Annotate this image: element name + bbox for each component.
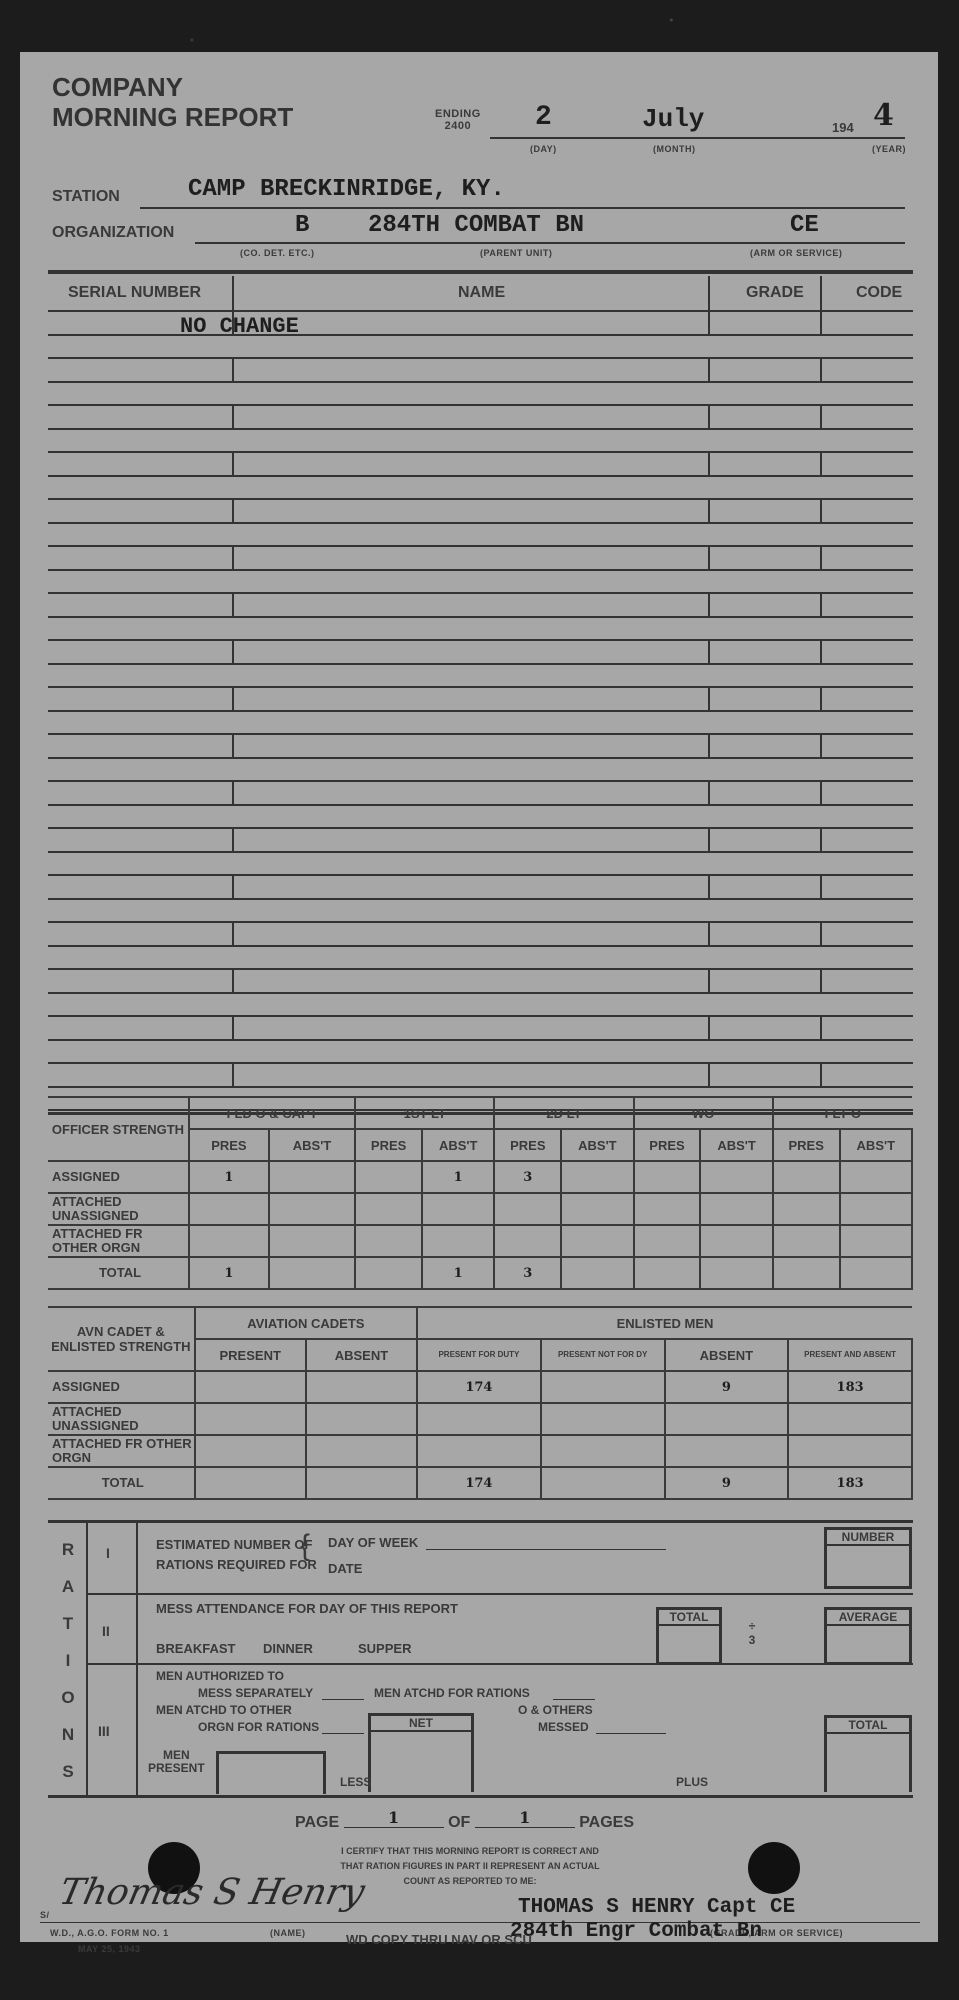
day-of-week-label: DAY OF WEEK [328,1535,418,1550]
officer-subheader: PRES [494,1129,561,1161]
roster-row-line [48,428,913,430]
officer-cell[interactable] [700,1225,772,1257]
page-count: PAGE 1 OF 1 PAGES [295,1812,634,1832]
rations-letter: I [58,1642,78,1679]
year-label: (YEAR) [872,144,906,154]
roster-row-line [48,592,913,594]
officer-row: TOTAL113 [48,1257,912,1289]
roster-row-line [48,1039,913,1041]
page-number: 1 [344,1808,444,1828]
roster-column-divider [232,451,234,475]
officer-cell[interactable]: 1 [189,1161,269,1193]
roster-column-divider [708,545,710,569]
officer-subheader: ABS'T [422,1129,494,1161]
roster-column-divider [708,1015,710,1039]
roster-column-divider [708,1062,710,1086]
roster-column-divider [708,592,710,616]
officer-row-label: ATTACHED FR OTHER ORGN [48,1225,189,1257]
mess-total-box[interactable]: TOTAL [656,1607,722,1665]
officer-cell[interactable] [355,1257,422,1289]
day-label: (DAY) [530,144,557,154]
less-label: LESS [340,1775,371,1789]
roster-row-line [48,451,913,453]
enlisted-cell[interactable] [788,1435,912,1467]
roster-column-divider [232,404,234,428]
officer-cell[interactable] [561,1225,633,1257]
officer-row: ATTACHED FR OTHER ORGN [48,1225,912,1257]
enlisted-row: ASSIGNED1749183 [48,1371,912,1403]
roster-column-divider [820,451,822,475]
roster-header-divider [708,276,710,310]
roster-column-divider [708,733,710,757]
roster-row-line [48,710,913,712]
officer-subheader: PRES [189,1129,269,1161]
section-i-line-2: RATIONS REQUIRED FOR [156,1555,317,1575]
roster-column-divider [708,310,710,334]
breakfast-label: BREAKFAST [156,1641,235,1656]
group-1st-lt: 1ST LT [355,1097,494,1129]
officer-subheader: ABS'T [269,1129,355,1161]
rations-side-label: RATIONS [58,1531,78,1790]
roster-row-line [48,334,913,336]
organization-line [195,242,905,244]
atchd-other-line-1: MEN ATCHD TO OTHER [156,1703,292,1717]
enlisted-cell[interactable] [306,1371,417,1403]
officer-subheader: ABS'T [840,1129,912,1161]
page-label: PAGE [295,1814,339,1831]
group-wo: WO [634,1097,773,1129]
officer-cell[interactable] [269,1193,355,1225]
enlisted-strength-title-text: AVN CADET & ENLISTED STRENGTH [51,1324,190,1354]
mess-attendance-title: MESS ATTENDANCE FOR DAY OF THIS REPORT [156,1601,458,1616]
roster-row-line [48,498,913,500]
punch-hole-right [748,1842,800,1894]
roster-column-divider [232,545,234,569]
date-label: DATE [328,1561,362,1576]
signature-prefix: S/ [40,1910,50,1920]
officer-cell[interactable] [561,1161,633,1193]
roster-row-line [48,522,913,524]
company-value: B [295,212,309,239]
copy-note: WD COPY THRU NAV OR SCU [346,1932,532,1947]
enlisted-row: ATTACHED FR OTHER ORGN [48,1435,912,1467]
group-aviation-cadets: AVIATION CADETS [195,1307,417,1339]
net-label: NET [371,1716,471,1732]
enlisted-cell[interactable]: 183 [788,1371,912,1403]
roster-row-line [48,827,913,829]
officer-cell[interactable]: 1 [189,1257,269,1289]
enlisted-row-label: ASSIGNED [48,1371,195,1403]
average-box[interactable]: AVERAGE [824,1607,912,1665]
signature-line [40,1922,920,1923]
roster-row-line [48,310,913,312]
enlisted-cell[interactable] [417,1435,541,1467]
enlisted-cell[interactable] [306,1403,417,1435]
officer-cell[interactable]: 3 [494,1257,561,1289]
rations-section: RATIONS I ESTIMATED NUMBER OF RATIONS RE… [48,1520,913,1798]
year-prefix: 194 [832,120,854,135]
ration-total-box[interactable]: TOTAL [824,1715,912,1792]
enlisted-cell[interactable]: 174 [417,1371,541,1403]
officer-strength-title-text: OFFICER STRENGTH [52,1122,184,1137]
officer-unit: 284th Engr Combat Bn [510,1920,762,1943]
roster-header-divider [820,276,822,310]
roster-column-divider [820,733,822,757]
officer-cell[interactable] [422,1225,494,1257]
roster-top-rule [48,270,913,274]
roster-header-divider [232,276,234,310]
roster-column-divider [820,498,822,522]
officer-subheader: ABS'T [561,1129,633,1161]
enlisted-cell[interactable] [541,1467,665,1499]
officer-cell[interactable]: 1 [422,1161,494,1193]
roster-column-divider [232,592,234,616]
officer-row-label: ATTACHED UNASSIGNED [48,1193,189,1225]
roster-row-line [48,381,913,383]
roster-column-divider [820,545,822,569]
officer-cell[interactable] [422,1193,494,1225]
officer-cell[interactable] [189,1225,269,1257]
enlisted-cell[interactable] [195,1371,306,1403]
enlisted-row-label: ATTACHED UNASSIGNED [48,1403,195,1435]
arm-service-value: CE [790,212,819,239]
roster-row-line [48,404,913,406]
officer-cell[interactable] [355,1193,422,1225]
officer-cell[interactable] [561,1257,633,1289]
officer-cell[interactable] [700,1193,772,1225]
roster-column-divider [708,639,710,663]
enlisted-cell[interactable] [417,1403,541,1435]
roster-column-divider [232,1015,234,1039]
roster-column-divider [708,686,710,710]
officer-cell[interactable] [840,1193,912,1225]
roster-column-divider [708,921,710,945]
section-i-text: ESTIMATED NUMBER OF RATIONS REQUIRED FOR [156,1535,317,1575]
morning-report-form: COMPANY MORNING REPORT ENDING 2400 2 (DA… [20,52,938,1942]
rations-letter: S [58,1753,78,1790]
group-2d-lt: 2D LT [494,1097,633,1129]
officer-subheader: PRES [773,1129,840,1161]
roster-column-divider [820,592,822,616]
roster-column-divider [232,968,234,992]
roster-column-divider [820,874,822,898]
group-fld-o-capt: FLD O & CAPT [189,1097,355,1129]
officer-name: THOMAS S HENRY Capt CE [518,1896,795,1919]
auth-line-2: MESS SEPARATELY [198,1686,313,1700]
section-i-numeral: I [106,1545,110,1561]
pages-label: PAGES [579,1814,634,1831]
officer-cell[interactable] [840,1161,912,1193]
form-date: MAY 25, 1943 [78,1944,141,1954]
officer-cell[interactable] [561,1193,633,1225]
header-code: CODE [856,284,902,302]
enlisted-cell[interactable]: 174 [417,1467,541,1499]
day-value: 2 [535,102,552,133]
parent-unit-label: (PARENT UNIT) [480,248,552,258]
enlisted-cell[interactable] [541,1435,665,1467]
others-line-1: O & OTHERS [518,1703,593,1717]
enlisted-cell[interactable] [195,1403,306,1435]
roster-row-line [48,1086,913,1088]
officer-cell[interactable] [700,1257,772,1289]
parent-unit-value: 284TH COMBAT BN [368,212,584,239]
average-label: AVERAGE [827,1610,909,1626]
roster-row-line [48,686,913,688]
enlisted-subheader: PRESENT AND ABSENT [788,1339,912,1371]
station-label: STATION [52,188,120,206]
enlisted-cell[interactable]: 183 [788,1467,912,1499]
rations-letter: T [58,1605,78,1642]
ration-total-label: TOTAL [827,1718,909,1734]
company-label: (CO. DET. ETC.) [240,248,315,258]
roster-column-divider [232,639,234,663]
roster-row-line [48,1015,913,1017]
roster-row-line [48,616,913,618]
roster-column-divider [232,357,234,381]
roster-column-divider [820,1015,822,1039]
enlisted-row-label: ATTACHED FR OTHER ORGN [48,1435,195,1467]
officer-cell[interactable] [269,1161,355,1193]
mess-total-label: TOTAL [659,1610,719,1626]
roster-column-divider [820,639,822,663]
roster-column-divider [820,827,822,851]
roster-column-divider [708,498,710,522]
atchd-other-line-2: ORGN FOR RATIONS [198,1720,319,1734]
enlisted-cell[interactable]: 9 [665,1467,789,1499]
roster-column-divider [820,357,822,381]
roster-row-line [48,733,913,735]
others-line-2: MESSED [538,1720,589,1734]
ending-label: ENDING 2400 [435,108,481,132]
header-serial-number: SERIAL NUMBER [68,284,201,302]
certify-line-1: I CERTIFY THAT THIS MORNING REPORT IS CO… [250,1844,690,1859]
enlisted-strength-title: AVN CADET & ENLISTED STRENGTH [48,1307,195,1371]
officer-cell[interactable]: 3 [494,1161,561,1193]
officer-subheader: PRES [634,1129,701,1161]
roster-row-line [48,945,913,947]
station-line [140,207,905,209]
year-value: 4 [873,98,894,133]
month-label: (MONTH) [653,144,696,154]
roster-column-divider [708,827,710,851]
arm-service-label: (ARM OR SERVICE) [750,248,842,258]
men-present-label: MEN PRESENT [148,1749,205,1775]
plus-label: PLUS [676,1775,708,1789]
roster-column-divider [232,310,234,334]
roster-row-line [48,1062,913,1064]
roster-column-divider [820,921,822,945]
roster-row-line [48,757,913,759]
roster-column-divider [232,733,234,757]
roster-row-line [48,663,913,665]
roster-column-divider [232,921,234,945]
roster-column-divider [708,404,710,428]
enlisted-row: TOTAL1749183 [48,1467,912,1499]
officer-cell[interactable] [840,1225,912,1257]
officer-cell[interactable] [634,1193,701,1225]
roster-row-line [48,874,913,876]
divide-by-three: ÷ 3 [745,1619,759,1647]
officer-row-label: TOTAL [48,1257,189,1289]
enlisted-cell[interactable] [665,1435,789,1467]
roster-row-line [48,921,913,923]
officer-row: ATTACHED UNASSIGNED [48,1193,912,1225]
group-enlisted-men: ENLISTED MEN [417,1307,912,1339]
group-flt-o: FLT O [773,1097,912,1129]
roster-column-divider [708,874,710,898]
roster-column-divider [708,780,710,804]
roster-column-divider [820,310,822,334]
officer-subheader: PRES [355,1129,422,1161]
atchd-for-rations-label: MEN ATCHD FOR RATIONS [374,1686,530,1700]
rations-letter: A [58,1568,78,1605]
roster-row-line [48,357,913,359]
officer-cell[interactable] [773,1257,840,1289]
organization-label: ORGANIZATION [52,224,174,242]
enlisted-row: ATTACHED UNASSIGNED [48,1403,912,1435]
header-name: NAME [458,284,505,302]
section-i-line-1: ESTIMATED NUMBER OF [156,1535,317,1555]
dinner-label: DINNER [263,1641,313,1656]
rations-letter: N [58,1716,78,1753]
net-box[interactable]: NET [368,1713,474,1792]
roster-row-line [48,780,913,782]
officer-cell[interactable] [355,1161,422,1193]
section-ii-numeral: II [102,1623,110,1639]
roster-column-divider [232,1062,234,1086]
roster-column-divider [820,686,822,710]
enlisted-row-label: TOTAL [48,1467,195,1499]
rations-letter: O [58,1679,78,1716]
enlisted-cell[interactable] [306,1467,417,1499]
auth-line-1: MEN AUTHORIZED TO [156,1669,284,1683]
roster-column-divider [820,780,822,804]
station-value: CAMP BRECKINRIDGE, KY. [188,176,505,203]
roster-column-divider [232,686,234,710]
officer-row-label: ASSIGNED [48,1161,189,1193]
enlisted-cell[interactable] [195,1467,306,1499]
section-iii-numeral: III [98,1723,110,1739]
officer-cell[interactable] [269,1257,355,1289]
roster-row-line [48,992,913,994]
enlisted-subheader: PRESENT FOR DUTY [417,1339,541,1371]
enlisted-strength-table: AVN CADET & ENLISTED STRENGTH AVIATION C… [48,1306,913,1500]
officer-cell[interactable] [355,1225,422,1257]
officer-cell[interactable] [189,1193,269,1225]
enlisted-cell[interactable]: 9 [665,1371,789,1403]
title-line-1: COMPANY [52,72,293,102]
date-line [490,137,905,139]
number-box[interactable]: NUMBER [824,1527,912,1589]
signature: Thomas S Henry [56,1872,369,1913]
roster-row-line [48,851,913,853]
enlisted-cell[interactable] [306,1435,417,1467]
roster-row-line [48,475,913,477]
roster-column-divider [232,780,234,804]
total-pages: 1 [475,1808,575,1828]
officer-cell[interactable] [773,1161,840,1193]
form-title: COMPANY MORNING REPORT [52,72,293,132]
form-number: W.D., A.G.O. FORM NO. 1 [50,1928,169,1938]
officer-cell[interactable] [840,1257,912,1289]
enlisted-subheader: ABSENT [306,1339,417,1371]
officer-cell[interactable] [773,1193,840,1225]
supper-label: SUPPER [358,1641,411,1656]
enlisted-cell[interactable] [195,1435,306,1467]
title-line-2: MORNING REPORT [52,102,293,132]
roster-column-divider [708,451,710,475]
officer-cell[interactable] [700,1161,772,1193]
officer-subheader: ABS'T [700,1129,772,1161]
rations-letter: R [58,1531,78,1568]
officer-strength-table: OFFICER STRENGTH FLD O & CAPT 1ST LT 2D … [48,1096,913,1290]
roster-row-line [48,968,913,970]
officer-cell[interactable] [634,1225,701,1257]
officer-cell[interactable] [634,1161,701,1193]
officer-cell[interactable] [494,1225,561,1257]
enlisted-cell[interactable] [665,1403,789,1435]
officer-row: ASSIGNED113 [48,1161,912,1193]
men-present-box[interactable] [216,1751,326,1794]
roster-row-line [48,569,913,571]
officer-strength-title: OFFICER STRENGTH [48,1097,189,1161]
enlisted-subheader: PRESENT [195,1339,306,1371]
header-grade: GRADE [746,284,804,302]
roster-row-line [48,898,913,900]
month-value: July [642,104,704,134]
roster-column-divider [232,498,234,522]
enlisted-cell[interactable] [541,1403,665,1435]
roster-header: SERIAL NUMBER NAME GRADE CODE [48,276,913,312]
roster-row-line [48,545,913,547]
enlisted-cell[interactable] [788,1403,912,1435]
officer-cell[interactable] [773,1225,840,1257]
officer-cell[interactable] [634,1257,701,1289]
roster-column-divider [820,968,822,992]
men-present-line-2: PRESENT [148,1762,205,1775]
enlisted-cell[interactable] [541,1371,665,1403]
officer-cell[interactable]: 1 [422,1257,494,1289]
officer-cell[interactable] [269,1225,355,1257]
roster-column-divider [820,404,822,428]
roster-column-divider [232,874,234,898]
enlisted-subheader: PRESENT NOT FOR DY [541,1339,665,1371]
of-label: OF [448,1814,470,1831]
roster-column-divider [708,968,710,992]
officer-cell[interactable] [494,1193,561,1225]
roster-row-line [48,804,913,806]
roster-column-divider [232,827,234,851]
number-label: NUMBER [827,1530,909,1546]
roster-row-line [48,639,913,641]
enlisted-subheader: ABSENT [665,1339,789,1371]
name-label: (NAME) [270,1928,306,1938]
roster-column-divider [820,1062,822,1086]
ending-time: 2400 [435,120,481,132]
ending-text: ENDING [435,108,481,120]
roster-column-divider [708,357,710,381]
